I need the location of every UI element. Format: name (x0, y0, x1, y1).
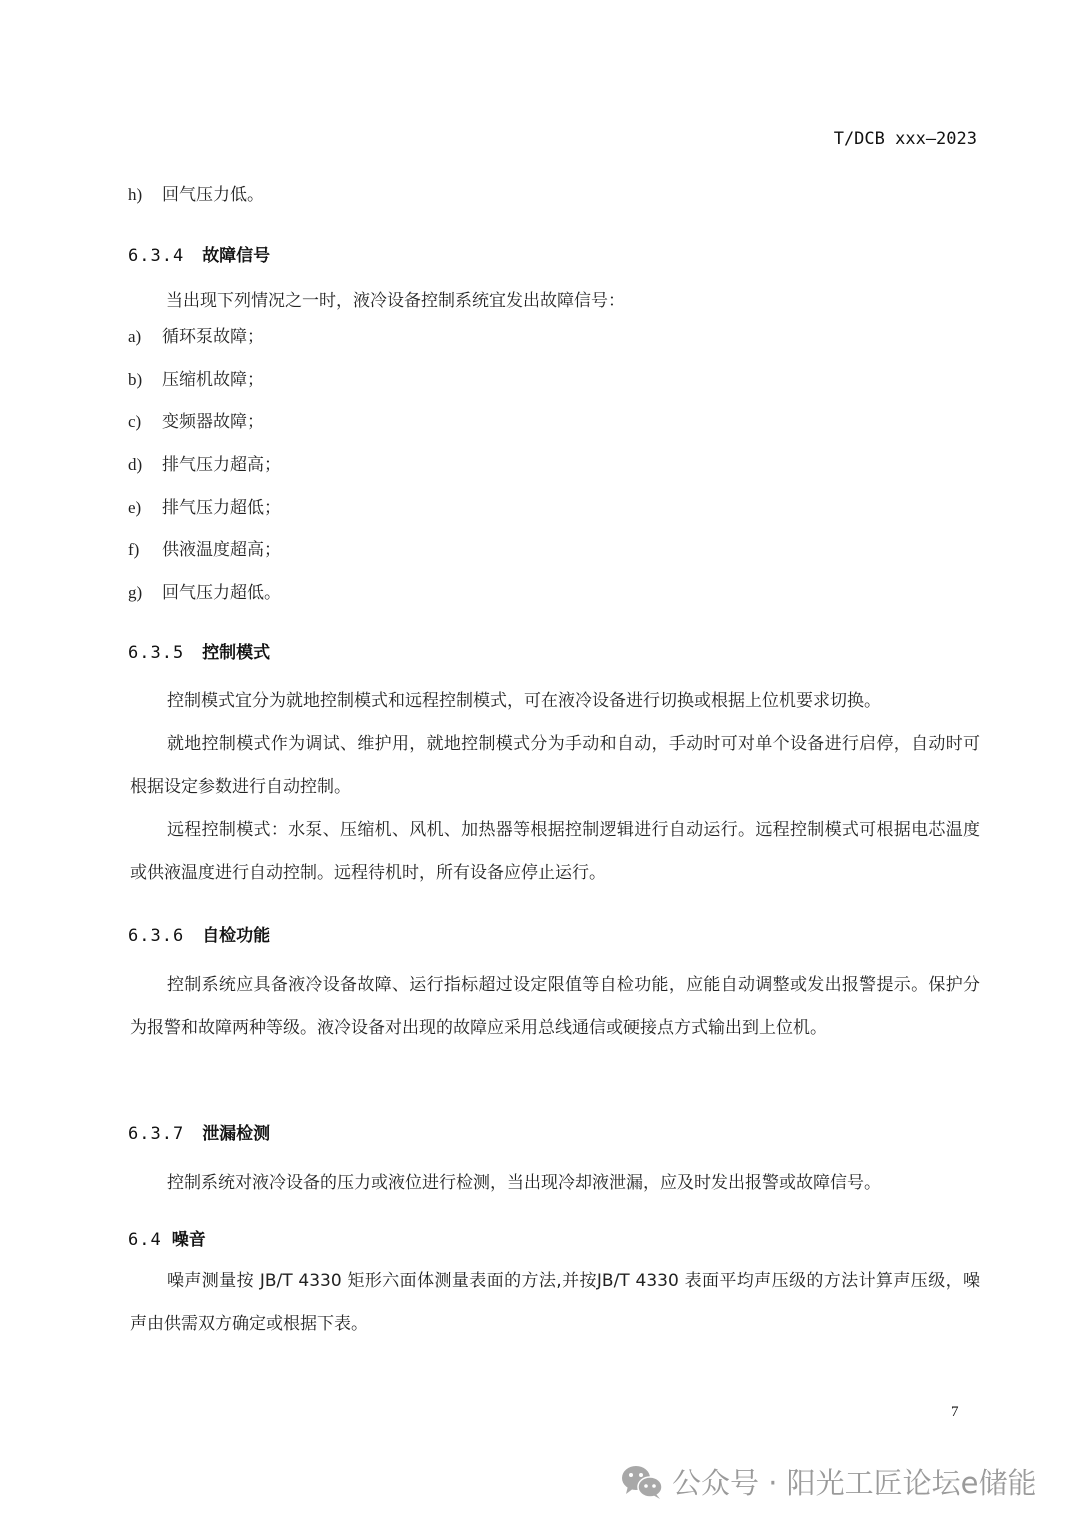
section-heading-6-3-6: 6.3.6自检功能 (128, 921, 270, 946)
list-item: c)变频器故障； (128, 411, 264, 433)
document-id: T/DCB xxx—2023 (834, 129, 977, 149)
section-number: 6.3.6 (128, 926, 184, 946)
list-item-label: h) (128, 184, 162, 206)
paragraph: 噪声测量按 JB/T 4330 矩形六面体测量表面的方法,并按JB/T 4330… (130, 1260, 980, 1346)
list-item-label: c) (128, 411, 162, 433)
list-item-text: 压缩机故障； (162, 370, 264, 390)
section-heading-6-3-4: 6.3.4故障信号 (128, 241, 270, 266)
list-item-label: d) (128, 454, 162, 476)
list-item-text: 回气压力低。 (162, 185, 264, 205)
paragraph: 控制模式宜分为就地控制模式和远程控制模式，可在液冷设备进行切换或根据上位机要求切… (130, 680, 980, 723)
list-item: e)排气压力超低； (128, 497, 281, 519)
list-item: h)回气压力低。 (128, 184, 264, 206)
list-item: g)回气压力超低。 (128, 582, 281, 604)
list-item-text: 循环泵故障； (162, 327, 264, 347)
list-item-text: 排气压力超高； (162, 455, 281, 475)
paragraph: 就地控制模式作为调试、维护用，就地控制模式分为手动和自动，手动时可对单个设备进行… (130, 723, 980, 809)
section-title: 故障信号 (202, 246, 270, 266)
list-item: a)循环泵故障； (128, 326, 264, 348)
list-item: b)压缩机故障； (128, 369, 264, 391)
list-item-label: g) (128, 582, 162, 604)
paragraph: 控制系统应具备液冷设备故障、运行指标超过设定限值等自检功能，应能自动调整或发出报… (130, 964, 980, 1050)
section-number: 6.3.7 (128, 1124, 184, 1144)
list-item-label: e) (128, 497, 162, 519)
section-intro: 当出现下列情况之一时，液冷设备控制系统宜发出故障信号： (166, 290, 625, 312)
section-title: 自检功能 (202, 926, 270, 946)
page-number: 7 (951, 1404, 959, 1421)
paragraph: 远程控制模式：水泵、压缩机、风机、加热器等根据控制逻辑进行自动运行。远程控制模式… (130, 809, 980, 895)
paragraph: 控制系统对液冷设备的压力或液位进行检测，当出现冷却液泄漏，应及时发出报警或故障信… (130, 1162, 980, 1205)
list-item-text: 供液温度超高； (162, 540, 281, 560)
watermark: 公众号 · 阳光工匠论坛e储能 (620, 1461, 1037, 1502)
section-title: 噪音 (172, 1230, 206, 1250)
section-heading-6-3-5: 6.3.5控制模式 (128, 638, 270, 663)
section-number: 6.3.5 (128, 643, 184, 663)
list-item: d)排气压力超高； (128, 454, 281, 476)
section-number: 6.4 (128, 1230, 162, 1250)
section-number: 6.3.4 (128, 246, 184, 266)
list-item-label: f) (128, 539, 162, 561)
list-item-text: 变频器故障； (162, 412, 264, 432)
list-item-text: 排气压力超低； (162, 498, 281, 518)
list-item-label: a) (128, 326, 162, 348)
section-title: 控制模式 (202, 643, 270, 663)
section-heading-6-3-7: 6.3.7泄漏检测 (128, 1119, 270, 1144)
watermark-text: 公众号 · 阳光工匠论坛e储能 (672, 1461, 1037, 1502)
wechat-icon (620, 1464, 664, 1500)
list-item-label: b) (128, 369, 162, 391)
section-heading-6-4: 6.4噪音 (128, 1225, 206, 1250)
list-item: f)供液温度超高； (128, 539, 281, 561)
list-item-text: 回气压力超低。 (162, 583, 281, 603)
section-title: 泄漏检测 (202, 1124, 270, 1144)
